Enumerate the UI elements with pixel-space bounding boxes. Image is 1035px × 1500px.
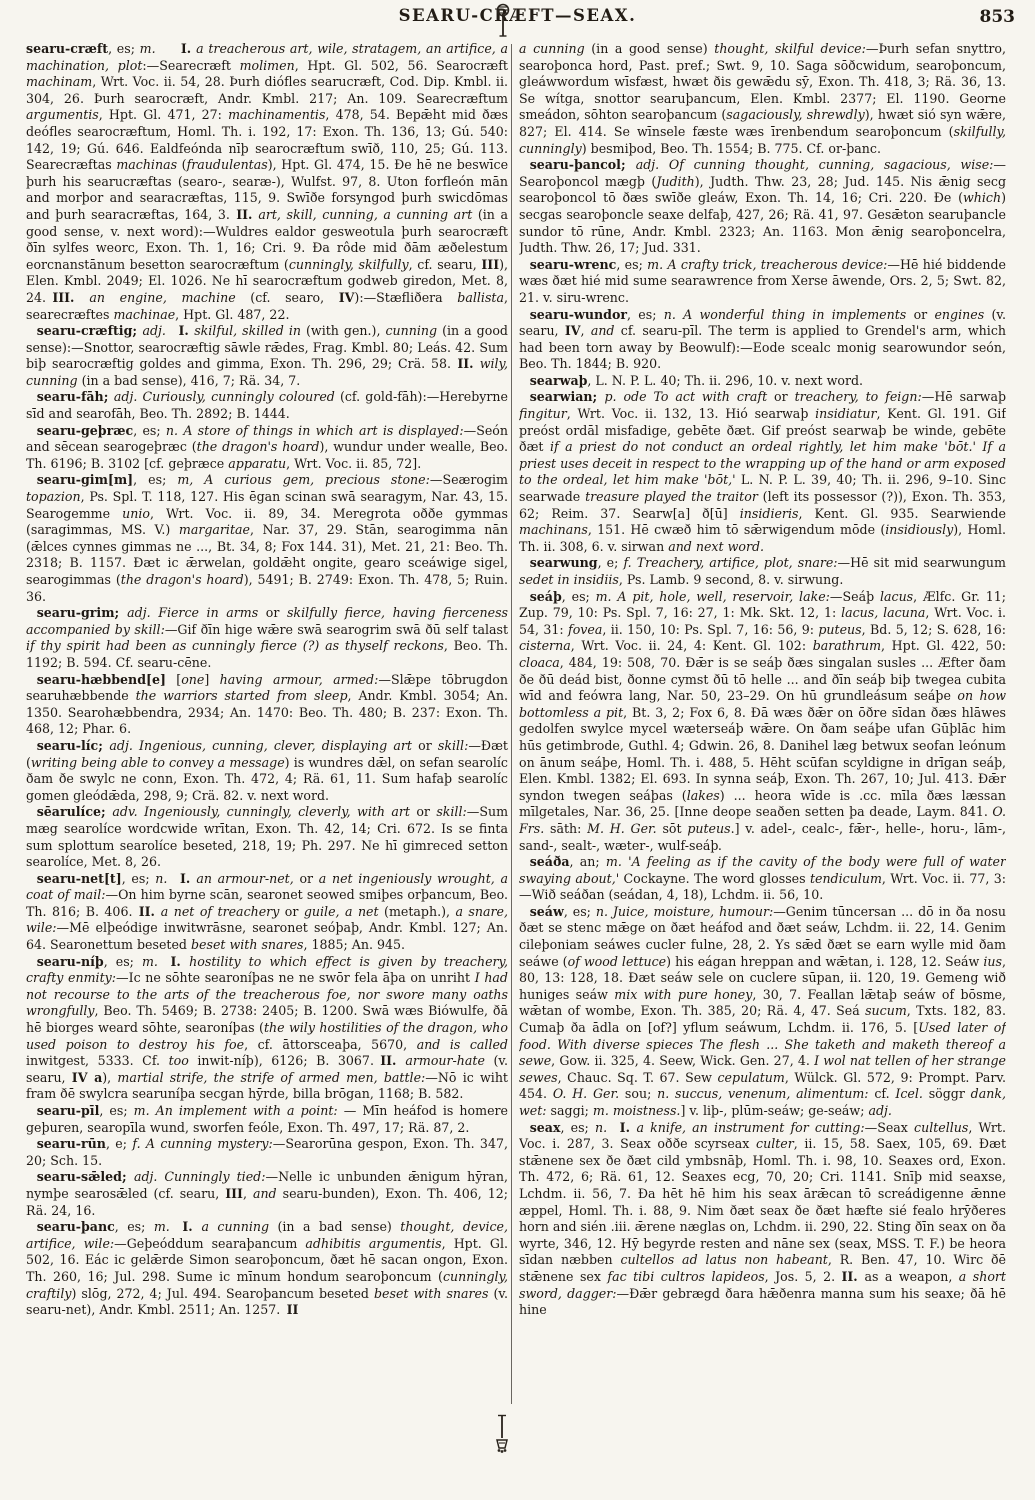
entry-text: p. ode To act with craft bbox=[605, 389, 768, 404]
entry-text: margaritae bbox=[179, 522, 250, 537]
entry-headword-or-section: searu-grim; bbox=[37, 605, 127, 620]
entry-text: an armour-net, bbox=[196, 871, 293, 886]
entry-text: , bbox=[581, 323, 591, 338]
entry-text: , cf. searu, bbox=[409, 257, 482, 272]
entry-headword-or-section: I. bbox=[179, 323, 195, 338]
entry-text: ] bbox=[204, 672, 219, 687]
entry-text bbox=[170, 1219, 183, 1234]
entry-text: , es; bbox=[133, 472, 177, 487]
entry-headword-or-section: searwian; bbox=[530, 389, 605, 404]
dictionary-entry: searu-grim; adj. Fierce in arms or skilf… bbox=[26, 605, 508, 671]
entry-text: , Jos. 5, 2. bbox=[765, 1269, 842, 1284]
entry-text: cunningly, skilfully bbox=[289, 257, 409, 272]
entry-text: , es; bbox=[562, 589, 596, 604]
entry-text: ) besmiþod, Beo. Th. 1554; B. 775. Cf. o… bbox=[582, 141, 881, 156]
entry-text: (with gen.), bbox=[301, 323, 385, 338]
entry-text: n. A wonderful thing in implements bbox=[664, 307, 907, 322]
entry-text: adj. Curiously, cunningly coloured bbox=[114, 389, 335, 404]
entry-text: writing being able to convey a message bbox=[31, 755, 285, 770]
entry-text: molimen bbox=[240, 58, 295, 73]
entry-text: fovea bbox=[568, 622, 602, 637]
dictionary-entry: searu-hæbbend[e] [one] having armour, ar… bbox=[26, 672, 508, 738]
entry-text: , es; bbox=[564, 904, 596, 919]
entry-text: tendiculum bbox=[810, 871, 882, 886]
entry-text: a cunning bbox=[519, 41, 585, 56]
entry-text: saggi; bbox=[547, 1103, 593, 1118]
page-header: SEARU-CRÆFT—SEAX. 853 bbox=[0, 6, 1035, 36]
entry-text: m. bbox=[140, 41, 156, 56]
entry-text: n. Juice, moisture, humour: bbox=[596, 904, 773, 919]
entry-text: mix with pure honey bbox=[614, 987, 752, 1002]
entry-text: Judith bbox=[656, 174, 694, 189]
entry-text: puteus bbox=[818, 622, 861, 637]
entry-text: as a weapon, bbox=[864, 1269, 958, 1284]
entry-headword-or-section: II. bbox=[380, 1053, 405, 1068]
entry-headword-or-section: searu-wundor bbox=[530, 307, 627, 322]
entry-headword-or-section: II. bbox=[236, 207, 258, 222]
entry-text: —Gif ðīn hige wǣre swā searogrim swā ðū … bbox=[165, 622, 508, 637]
entry-text: if thy spirit had been as cunningly fier… bbox=[26, 638, 444, 653]
entry-headword-or-section: searu-wrenc bbox=[530, 257, 617, 272]
entry-text: , Hpt. Gl. 422, 50: bbox=[881, 638, 1006, 653]
entry-text: cisterna bbox=[519, 638, 571, 653]
entry-headword-or-section: seáða bbox=[530, 854, 570, 869]
entry-text: insidiously bbox=[885, 522, 953, 537]
entry-headword-or-section: IV a bbox=[72, 1070, 102, 1085]
entry-text: adj. Ingenious, cunning, clever, display… bbox=[109, 738, 412, 753]
column-divider bbox=[511, 44, 512, 1404]
entry-text: , es; bbox=[560, 1120, 594, 1135]
dictionary-entry: searu-fāh; adj. Curiously, cunningly col… bbox=[26, 389, 508, 422]
entry-text: , Hpt. Gl. 502, 56. Searocræft bbox=[295, 58, 508, 73]
entry-text bbox=[607, 1120, 620, 1135]
entry-text: skilful, skilled in bbox=[194, 323, 301, 338]
entry-text: skill: bbox=[438, 738, 468, 753]
entry-headword-or-section: IV bbox=[565, 323, 581, 338]
dictionary-entry: seáða, an; m. 'A feeling as if the cavit… bbox=[519, 854, 1006, 904]
entry-text: (cf. searo, bbox=[236, 290, 339, 305]
dictionary-entry: searu-níþ, es; m. I. hostility to which … bbox=[26, 954, 508, 1103]
entry-text: a net of treachery bbox=[161, 904, 280, 919]
entry-text: , e; bbox=[106, 1136, 132, 1151]
entry-text: —Ic ne sōhte searoníþas ne ne swōr fela … bbox=[116, 970, 475, 985]
entry-text: adj. Cunningly tied: bbox=[134, 1169, 266, 1184]
entry-text: (in a bad sense) bbox=[269, 1219, 400, 1234]
entry-headword-or-section: sēarulíce; bbox=[37, 804, 113, 819]
dictionary-entry: a cunning (in a good sense) thought, ski… bbox=[519, 41, 1006, 157]
entry-headword-or-section: searu-pīl bbox=[37, 1103, 100, 1118]
entry-headword-or-section: II. bbox=[457, 356, 479, 371]
entry-text: :—Searecræft bbox=[142, 58, 239, 73]
entry-text: adhibitis argumentis bbox=[305, 1236, 441, 1251]
entry-text: martial strife, the strife of armed men,… bbox=[117, 1070, 425, 1085]
entry-text: barathrum bbox=[813, 638, 881, 653]
dictionary-entry: searu-þanc, es; m. I. a cunning (in a ba… bbox=[26, 1219, 508, 1319]
entry-text: the warriors started from sleep bbox=[136, 688, 348, 703]
entry-text: sāth: bbox=[544, 821, 587, 836]
right-column: a cunning (in a good sense) thought, ski… bbox=[519, 41, 1006, 1389]
entry-text: adv. Ingeniously, cunningly, cleverly, w… bbox=[112, 804, 410, 819]
entry-headword-or-section: I. bbox=[170, 954, 189, 969]
entry-text: n. bbox=[595, 1120, 607, 1135]
entry-text: or bbox=[258, 605, 287, 620]
entry-text: , es; bbox=[99, 1103, 133, 1118]
dictionary-entry: searwaþ, L. N. P. L. 40; Th. ii. 296, 10… bbox=[519, 373, 1006, 390]
entry-headword-or-section: searu-rūn bbox=[37, 1136, 106, 1151]
entry-text: adj. bbox=[868, 1103, 891, 1118]
entry-text: adj. Fierce in arms bbox=[127, 605, 258, 620]
entry-text: [ bbox=[166, 672, 181, 687]
entry-text: art, skill, cunning, a cunning art bbox=[258, 207, 472, 222]
entry-text: —Geþeóddum searaþancum bbox=[114, 1236, 305, 1251]
entry-text: apparatu bbox=[228, 456, 286, 471]
entry-headword-or-section: II. bbox=[139, 904, 161, 919]
entry-headword-or-section: I. bbox=[620, 1120, 637, 1135]
entry-text: cepulatum bbox=[718, 1070, 785, 1085]
entry-text: , es; bbox=[133, 423, 166, 438]
entry-text: n. bbox=[155, 871, 167, 886]
entry-text: , Hpt. Gl. 487, 22. bbox=[175, 307, 289, 322]
entry-text: , Ps. Lamb. 9 second, 8. v. sirwung. bbox=[619, 572, 843, 587]
entry-text: beset with snares bbox=[191, 937, 304, 952]
entry-text: one bbox=[181, 672, 204, 687]
printer-mark-top-icon bbox=[495, 2, 511, 40]
entry-text: the dragon's hoard bbox=[197, 439, 320, 454]
entry-headword-or-section: searu-níþ bbox=[37, 954, 104, 969]
entry-text: ius bbox=[983, 954, 1002, 969]
entry-text: f. Treachery, artifice, plot, snare: bbox=[623, 555, 837, 570]
entry-text: , L. N. P. L. 40; Th. ii. 296, 10. v. ne… bbox=[587, 373, 863, 388]
dictionary-entry: seáw, es; n. Juice, moisture, humour:—Ge… bbox=[519, 904, 1006, 1120]
entry-text: or bbox=[767, 389, 794, 404]
entry-text: machinamentis bbox=[228, 107, 325, 122]
entry-text: —Hē sit mid searwungum bbox=[838, 555, 1006, 570]
entry-text: , e; bbox=[598, 555, 624, 570]
entry-text: or bbox=[412, 738, 438, 753]
dictionary-entry: searu-cræftig; adj. I. skilful, skilled … bbox=[26, 323, 508, 389]
entry-text: m. A pit, hole, well, reservoir, lake: bbox=[596, 589, 830, 604]
entry-text: skill: bbox=[436, 804, 466, 819]
entry-text: or bbox=[294, 871, 319, 886]
entry-text: puteus bbox=[687, 821, 730, 836]
page-title: SEARU-CRÆFT—SEAX. bbox=[0, 6, 1035, 25]
entry-text: (in a bad sense), 416, 7; Rä. 34, 7. bbox=[78, 373, 301, 388]
entry-text: argumentis bbox=[26, 107, 99, 122]
entry-text: ):—Stæfliðera bbox=[354, 290, 457, 305]
entry-text: —Seærogim bbox=[430, 472, 508, 487]
entry-text: sucum bbox=[865, 1003, 907, 1018]
entry-headword-or-section: III. bbox=[52, 290, 89, 305]
entry-text: n. succus, venenum, alimentum: bbox=[657, 1086, 868, 1101]
entry-text: ( bbox=[177, 157, 187, 172]
entry-text: Icel. bbox=[895, 1086, 923, 1101]
entry-headword-or-section: II bbox=[287, 1302, 299, 1317]
entry-text: m. bbox=[142, 954, 158, 969]
entry-text: cultellus bbox=[914, 1120, 968, 1135]
entry-headword-or-section: searu-þanc bbox=[37, 1219, 115, 1234]
left-column: searu-cræft, es; m. I. a treacherous art… bbox=[26, 41, 508, 1461]
entry-text: culter bbox=[756, 1136, 794, 1151]
entry-text: , Wrt. Voc. ii. 24, 4: Kent. Gl. 102: bbox=[571, 638, 813, 653]
entry-text: m. A crafty trick, treacherous device: bbox=[647, 257, 887, 272]
entry-text: m, A curious gem, precious stone: bbox=[177, 472, 430, 487]
entry-text: inwit-níþ), 6126; B. 3067. bbox=[189, 1053, 380, 1068]
entry-text: m. An implement with a point: bbox=[134, 1103, 338, 1118]
entry-text: cultellos ad latus non habeant bbox=[620, 1252, 827, 1267]
entry-text: lacus, lacuna bbox=[841, 605, 925, 620]
entry-text: or bbox=[279, 904, 304, 919]
entry-headword-or-section: searwung bbox=[530, 555, 598, 570]
entry-text: and is called bbox=[417, 1037, 508, 1052]
entry-text: , Wrt. Voc. ii. 132, 13. Hió searwaþ bbox=[567, 406, 815, 421]
dictionary-entry: seáþ, es; m. A pit, hole, well, reservoi… bbox=[519, 589, 1006, 855]
entry-text: , es; bbox=[122, 871, 156, 886]
entry-text: treachery, to feign: bbox=[795, 389, 922, 404]
entry-text: sedet in insidiis bbox=[519, 572, 619, 587]
entry-text bbox=[167, 871, 180, 886]
entry-text: fingitur bbox=[519, 406, 567, 421]
entry-text: topazion bbox=[26, 489, 81, 504]
entry-text: machinam bbox=[26, 74, 92, 89]
entry-headword-or-section: IV bbox=[339, 290, 355, 305]
entry-text: machinas bbox=[116, 157, 177, 172]
dictionary-entry: searu-þancol; adj. Of cunning thought, c… bbox=[519, 157, 1006, 257]
dictionary-entry: searu-cræft, es; m. I. a treacherous art… bbox=[26, 41, 508, 323]
entry-text: ballista bbox=[457, 290, 504, 305]
entry-text: the dragon's hoard bbox=[121, 572, 244, 587]
entry-text: , es; bbox=[115, 1219, 154, 1234]
entry-text: —Seáþ bbox=[830, 589, 880, 604]
entry-text: or bbox=[410, 804, 436, 819]
entry-text: —Seax bbox=[865, 1120, 914, 1135]
entry-headword-or-section: I. bbox=[182, 1219, 201, 1234]
entry-text: O. H. Ger. bbox=[553, 1086, 619, 1101]
dictionary-entry: searu-wundor, es; n. A wonderful thing i… bbox=[519, 307, 1006, 373]
entry-text: , cf. āttorsceaþa, 5670, bbox=[244, 1037, 417, 1052]
entry-headword-or-section: searu-cræft bbox=[26, 41, 108, 56]
entry-text: machinae bbox=[113, 307, 175, 322]
entry-headword-or-section: searwaþ bbox=[530, 373, 588, 388]
entry-text: , 151. Hē cwæð him tō sǣrwigendum mōde ( bbox=[588, 522, 885, 537]
entry-text: fac tibi cultros lapideos bbox=[607, 1269, 764, 1284]
entry-text: lakes bbox=[687, 788, 720, 803]
entry-text: söggr bbox=[923, 1086, 971, 1101]
dictionary-entry: searu-pīl, es; m. An implement with a po… bbox=[26, 1103, 508, 1136]
entry-headword-or-section: II. bbox=[841, 1269, 864, 1284]
entry-text: m. moistness. bbox=[593, 1103, 681, 1118]
entry-text: —Hē sarwaþ bbox=[922, 389, 1006, 404]
entry-text: ) his eágan hreppan and wǣtan, i. 128, 1… bbox=[666, 954, 983, 969]
entry-text: , 1885; An. 945. bbox=[303, 937, 405, 952]
entry-headword-or-section: searu-sǣled; bbox=[37, 1169, 134, 1184]
entry-text bbox=[156, 41, 181, 56]
entry-text: , ii. 150, 10: Ps. Spl. 7, 16: 56, 9: bbox=[602, 622, 818, 637]
entry-text: unio bbox=[122, 506, 150, 521]
entry-text: (metaph.), bbox=[379, 904, 456, 919]
entry-text: M. H. Ger. bbox=[587, 821, 657, 836]
entry-text: , es; bbox=[104, 954, 142, 969]
entry-text: , Wrt. Voc. ii. 85, 72]. bbox=[286, 456, 421, 471]
entry-text: having armour, armed: bbox=[220, 672, 379, 687]
entry-headword-or-section: seáw bbox=[530, 904, 564, 919]
entry-text: too bbox=[169, 1053, 189, 1068]
entry-text: ) slōg, 272, 4; Jul. 494. Searoþancum be… bbox=[71, 1286, 374, 1301]
entry-text: , es; bbox=[616, 257, 647, 272]
entry-text: cf. bbox=[869, 1086, 896, 1101]
entry-text: engines bbox=[934, 307, 984, 322]
entry-text: cloaca bbox=[519, 655, 560, 670]
dictionary-entry: searu-net[t], es; n. I. an armour-net, o… bbox=[26, 871, 508, 954]
entry-text: f. A cunning mystery: bbox=[132, 1136, 272, 1151]
entry-text: (in a good sense) bbox=[585, 41, 715, 56]
entry-text: sou; bbox=[619, 1086, 657, 1101]
entry-text: Cockayne. The word glosses bbox=[619, 871, 810, 886]
entry-text: and next word. bbox=[668, 539, 764, 554]
entry-headword-or-section: searu-net[t] bbox=[37, 871, 122, 886]
entry-text: , Gow. ii. 325, 4. Seew, Wick. Gen. 27, … bbox=[551, 1053, 814, 1068]
entry-text: insidiatur bbox=[815, 406, 876, 421]
entry-headword-or-section: searu-líc; bbox=[37, 738, 110, 753]
entry-headword-or-section: searu-cræftig; bbox=[37, 323, 143, 338]
entry-text: sōt bbox=[657, 821, 688, 836]
entry-text: , bbox=[243, 1186, 253, 1201]
dictionary-entry: searwung, e; f. Treachery, artifice, plo… bbox=[519, 555, 1006, 588]
entry-text: inwitgest, 5333. Cf. bbox=[26, 1053, 169, 1068]
entry-text: , Wrt. Voc. ii. 54, 28. Þurh diófles sea… bbox=[26, 74, 508, 106]
entry-headword-or-section: I. bbox=[181, 41, 196, 56]
entry-text: beset with snares bbox=[374, 1286, 488, 1301]
dictionary-entry: searu-gim[m], es; m, A curious gem, prec… bbox=[26, 472, 508, 605]
entry-text: , an; bbox=[570, 854, 606, 869]
dictionary-entry: searu-sǣled; adj. Cunningly tied:—Nelle … bbox=[26, 1169, 508, 1219]
entry-headword-or-section: searu-fāh; bbox=[37, 389, 114, 404]
dictionary-page: SEARU-CRÆFT—SEAX. 853 searu-cræft, es; m… bbox=[0, 0, 1035, 1500]
entry-headword-or-section: I. bbox=[180, 871, 196, 886]
entry-headword-or-section: searu-gim[m] bbox=[37, 472, 133, 487]
entry-text: adj. bbox=[142, 323, 165, 338]
entry-headword-or-section: seáþ bbox=[530, 589, 562, 604]
entry-text: n. A store of things in which art is dis… bbox=[166, 423, 464, 438]
dictionary-entry: searu-líc; adj. Ingenious, cunning, clev… bbox=[26, 738, 508, 804]
dictionary-entry: seax, es; n. I. a knife, an instrument f… bbox=[519, 1120, 1006, 1319]
entry-text: , Hpt. Gl. 471, 27: bbox=[99, 107, 228, 122]
entry-text: machinans bbox=[519, 522, 588, 537]
entry-text: sagaciously, shrewdly bbox=[726, 107, 864, 122]
entry-text: or bbox=[906, 307, 934, 322]
entry-text: insidieris bbox=[740, 506, 799, 521]
entry-text: adj. Of cunning thought, cunning, sagaci… bbox=[636, 157, 994, 172]
entry-text: m. bbox=[154, 1219, 170, 1234]
entry-text bbox=[158, 954, 171, 969]
dictionary-entry: searu-geþræc, es; n. A store of things i… bbox=[26, 423, 508, 473]
entry-headword-or-section: searu-hæbbend[e] bbox=[37, 672, 166, 687]
dictionary-entry: sēarulíce; adv. Ingeniously, cunningly, … bbox=[26, 804, 508, 870]
entry-text: of wood lettuce bbox=[568, 954, 667, 969]
entry-text: , es; bbox=[627, 307, 664, 322]
entry-text: , 484, 19: 508, 70. Ðǣr is se seáþ ðæs s… bbox=[519, 655, 1006, 703]
entry-text: , Chauc. Sq. T. 67. Sew bbox=[558, 1070, 718, 1085]
entry-text: , es; bbox=[108, 41, 140, 56]
entry-text: fraudulentas bbox=[187, 157, 268, 172]
entry-text: and bbox=[591, 323, 615, 338]
dictionary-entry: searu-wrenc, es; m. A crafty trick, trea… bbox=[519, 257, 1006, 307]
entry-text: guile, a net bbox=[304, 904, 379, 919]
entry-text: which bbox=[963, 190, 1001, 205]
entry-text: thought, skilful device: bbox=[714, 41, 866, 56]
entry-text: ] v. liþ-, plūm-seáw; ge-seáw; bbox=[680, 1103, 868, 1118]
printer-mark-bottom-icon bbox=[493, 1414, 511, 1454]
page-number: 853 bbox=[980, 7, 1016, 27]
entry-text: armour-hate bbox=[405, 1053, 485, 1068]
entry-text: and bbox=[253, 1186, 277, 1201]
dictionary-entry: searwian; p. ode To act with craft or tr… bbox=[519, 389, 1006, 555]
entry-headword-or-section: III bbox=[225, 1186, 243, 1201]
entry-text: , ii. 15, 58. Saex, 105, 69. Ðæt stǣnene… bbox=[519, 1136, 1006, 1267]
entry-headword-or-section: III bbox=[481, 257, 499, 272]
entry-headword-or-section: searu-geþræc bbox=[37, 423, 134, 438]
entry-text: lacus bbox=[880, 589, 913, 604]
entry-headword-or-section: seax bbox=[530, 1120, 561, 1135]
entry-text: ), bbox=[102, 1070, 117, 1085]
entry-text: , Bd. 5, 12; S. 628, 16: bbox=[862, 622, 1006, 637]
entry-text: a cunning bbox=[201, 1219, 269, 1234]
entry-text: a knife, an instrument for cutting: bbox=[636, 1120, 864, 1135]
entry-text bbox=[166, 323, 179, 338]
entry-text: treasure played the traitor bbox=[585, 489, 758, 504]
entry-headword-or-section: searu-þancol; bbox=[530, 157, 636, 172]
entry-text: , Kent. Gl. 935. Searwiende bbox=[798, 506, 1006, 521]
entry-text: an engine, machine bbox=[89, 290, 235, 305]
dictionary-entry: searu-rūn, e; f. A cunning mystery:—Sear… bbox=[26, 1136, 508, 1169]
entry-text: cunning bbox=[385, 323, 437, 338]
